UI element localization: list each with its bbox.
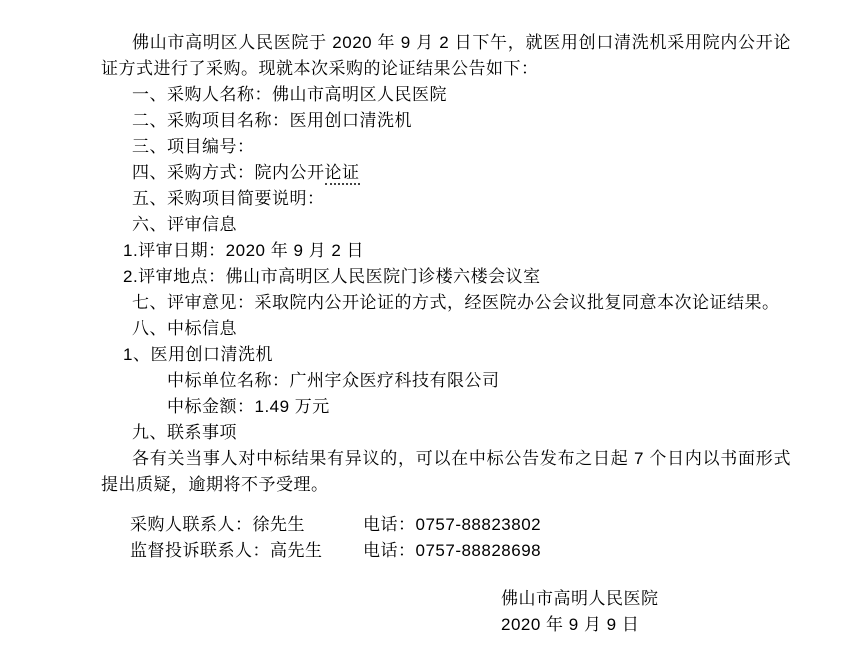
signature-org: 佛山市高明人民医院: [501, 586, 791, 612]
item-purchaser: 一、采购人名称：佛山市高明区人民医院: [101, 82, 791, 108]
objection-paragraph: 各有关当事人对中标结果有异议的，可以在中标公告发布之日起 7 个日内以书面形式提…: [101, 446, 791, 498]
item-procurement-method: 四、采购方式：院内公开论证: [101, 160, 791, 186]
item-review-opinion: 七、评审意见：采取院内公开论证的方式，经医院办公会议批复同意本次论证结果。: [101, 290, 791, 316]
item-project-name: 二、采购项目名称：医用创口清洗机: [101, 108, 791, 134]
review-place-line: 2.评审地点：佛山市高明区人民医院门诊楼六楼会议室: [101, 264, 791, 290]
review-date-line: 1.评审日期：2020 年 9 月 2 日: [101, 238, 791, 264]
purchaser-contact-phone: 电话：0757-88823802: [363, 515, 541, 534]
supervision-contact-phone: 电话：0757-88828698: [363, 541, 541, 560]
supervision-contact-label: 监督投诉联系人：高先生: [130, 538, 363, 564]
item-brief-description: 五、采购项目简要说明：: [101, 186, 791, 212]
supervision-contact-row: 监督投诉联系人：高先生电话：0757-88828698: [101, 538, 791, 564]
signature-block: 佛山市高明人民医院 2020 年 9 月 9 日: [501, 586, 791, 638]
procurement-method-text: 四、采购方式：院内公开: [132, 163, 325, 182]
item-project-number: 三、项目编号：: [101, 134, 791, 160]
award-item-line: 1、医用创口清洗机: [101, 342, 791, 368]
award-unit-line: 中标单位名称：广州宇众医疗科技有限公司: [101, 368, 791, 394]
signature-date: 2020 年 9 月 9 日: [501, 612, 791, 638]
award-amount-line: 中标金额：1.49 万元: [101, 394, 791, 420]
document-page: 佛山市高明区人民医院于 2020 年 9 月 2 日下午，就医用创口清洗机采用院…: [0, 0, 852, 647]
item-contact-section: 九、联系事项: [101, 420, 791, 446]
procurement-method-underlined-text: 论证: [325, 163, 360, 185]
spacer: [101, 564, 791, 586]
purchaser-contact-row: 采购人联系人：徐先生电话：0757-88823802: [101, 512, 791, 538]
spacer: [101, 498, 791, 512]
intro-paragraph: 佛山市高明区人民医院于 2020 年 9 月 2 日下午，就医用创口清洗机采用院…: [101, 30, 791, 82]
purchaser-contact-label: 采购人联系人：徐先生: [130, 512, 363, 538]
item-award-info: 八、中标信息: [101, 316, 791, 342]
item-review-info: 六、评审信息: [101, 212, 791, 238]
